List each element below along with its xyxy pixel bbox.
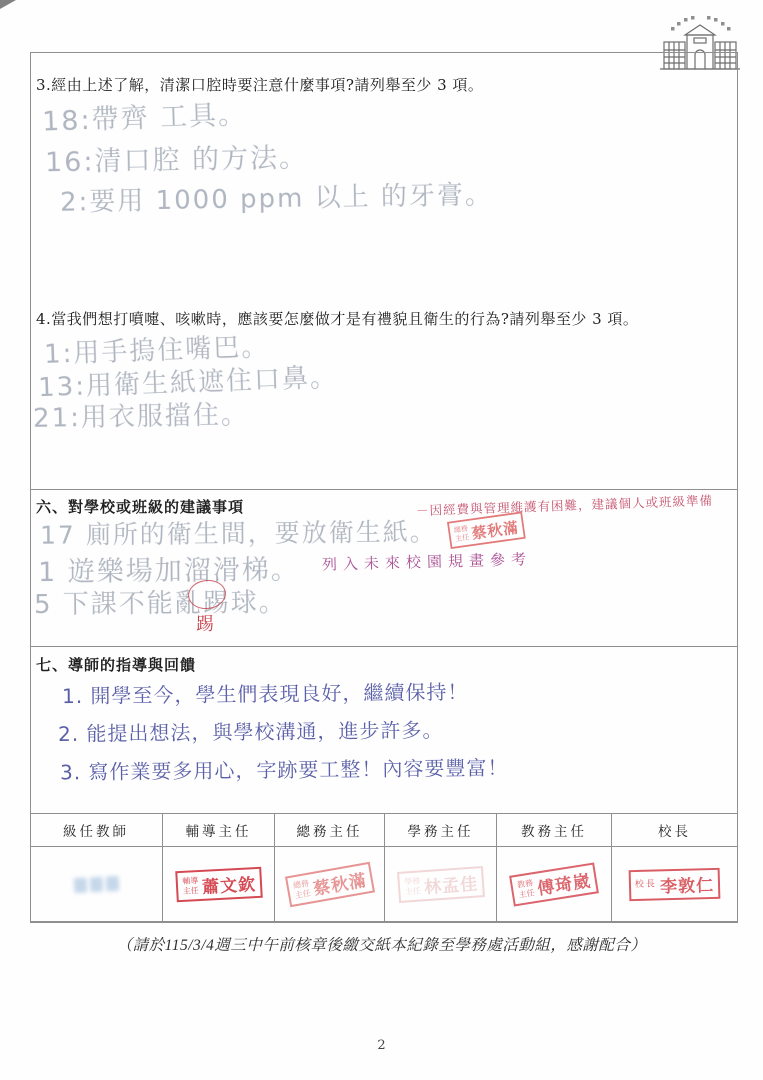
signoff-cell-homeroom xyxy=(30,847,163,922)
s6-red-correction-char: 踢 xyxy=(196,610,214,636)
student-affairs-director-stamp: 學務主任 林孟佳 xyxy=(397,866,485,903)
stamp-title: 學務主任 xyxy=(403,876,421,896)
signoff-header-principal: 校長 xyxy=(612,814,737,847)
scan-corner-artifact xyxy=(0,0,16,9)
signoff-header-counseling: 輔導主任 xyxy=(163,814,275,847)
signoff-cell-academic-affairs: 教務主任 傅琦崴 xyxy=(497,847,612,922)
section-divider xyxy=(30,489,737,490)
section-7-title: 七、導師的指導與回饋 xyxy=(36,654,196,675)
question-3-label: 3.經由上述了解，清潔口腔時要注意什麼事項?請列舉至少 3 項。 xyxy=(36,74,483,95)
stamp-title: 總務主任 xyxy=(453,525,470,543)
signoff-cell-principal: 校長 李敦仁 xyxy=(612,847,737,922)
s6-answer-line: 5 下課不能亂踢球。 xyxy=(34,582,287,621)
signoff-header-academic-affairs: 教務主任 xyxy=(497,814,612,847)
s7-feedback-line: 2. 能提出想法，與學校溝通，進步許多。 xyxy=(58,714,444,747)
counseling-director-stamp: 輔導主任 蕭文欽 xyxy=(175,866,263,901)
stamp-name: 林孟佳 xyxy=(423,869,479,898)
stamp-title: 總務主任 xyxy=(291,878,311,899)
principal-stamp: 校長 李敦仁 xyxy=(629,867,721,900)
stamp-name: 蔡秋滿 xyxy=(470,515,520,543)
footer-note: （請於115/3/4週三中午前核章後繳交紙本紀錄至學務處活動組，感謝配合） xyxy=(0,933,763,955)
stamp-title: 教務主任 xyxy=(516,878,536,899)
signoff-table: 級任教師 輔導主任 總務主任 學務主任 教務主任 校長 輔導主任 蕭文欽 總務主… xyxy=(30,813,737,921)
illegible-stamp-mark xyxy=(89,876,103,892)
signoff-header-homeroom: 級任教師 xyxy=(30,814,163,847)
stamp-title: 校長 xyxy=(635,879,657,890)
general-affairs-director-stamp: 總務主任 蔡秋滿 xyxy=(284,861,374,906)
q3-answer-line: 2:要用 1000 ppm 以上 的牙膏。 xyxy=(60,174,493,219)
illegible-stamp-mark xyxy=(105,875,119,891)
q3-answer-line: 18:帶齊 工具。 xyxy=(41,92,247,138)
illegible-stamp-mark xyxy=(73,877,87,893)
s6-answer-line: 17 廁所的衛生間，要放衛生紙。 xyxy=(40,512,437,551)
question-4-label: 4.當我們想打噴嚏、咳嗽時，應該要怎麼做才是有禮貌且衛生的行為?請列舉至少 3 … xyxy=(36,308,638,329)
stamp-name: 蕭文欽 xyxy=(201,870,256,898)
signoff-cell-general-affairs: 總務主任 蔡秋滿 xyxy=(275,847,385,922)
stamp-name: 傅琦崴 xyxy=(535,866,592,899)
stamp-name: 李敦仁 xyxy=(660,870,715,896)
signoff-header-general-affairs: 總務主任 xyxy=(275,814,385,847)
s7-feedback-line: 1. 開學至今，學生們表現良好，繼續保持！ xyxy=(62,676,469,709)
s7-feedback-line: 3. 寫作業要多用心，字跡要工整！內容要豐富！ xyxy=(60,752,509,786)
q3-answer-line: 16:清口腔 的方法。 xyxy=(45,136,309,180)
signoff-header-student-affairs: 學務主任 xyxy=(385,814,497,847)
signoff-cell-counseling: 輔導主任 蕭文欽 xyxy=(163,847,275,922)
section-divider xyxy=(30,646,737,647)
scanned-form-page: 3.經由上述了解，清潔口腔時要注意什麼事項?請列舉至少 3 項。 18:帶齊 工… xyxy=(0,0,763,1080)
page-number: 2 xyxy=(0,1038,763,1053)
academic-affairs-director-stamp: 教務主任 傅琦崴 xyxy=(509,862,599,906)
q4-answer-line: 21:用衣服擋住。 xyxy=(33,394,249,435)
stamp-name: 蔡秋滿 xyxy=(311,865,369,899)
signoff-cell-student-affairs: 學務主任 林孟佳 xyxy=(385,847,497,922)
stamp-title: 輔導主任 xyxy=(181,876,199,895)
homeroom-teacher-stamp xyxy=(72,875,121,892)
